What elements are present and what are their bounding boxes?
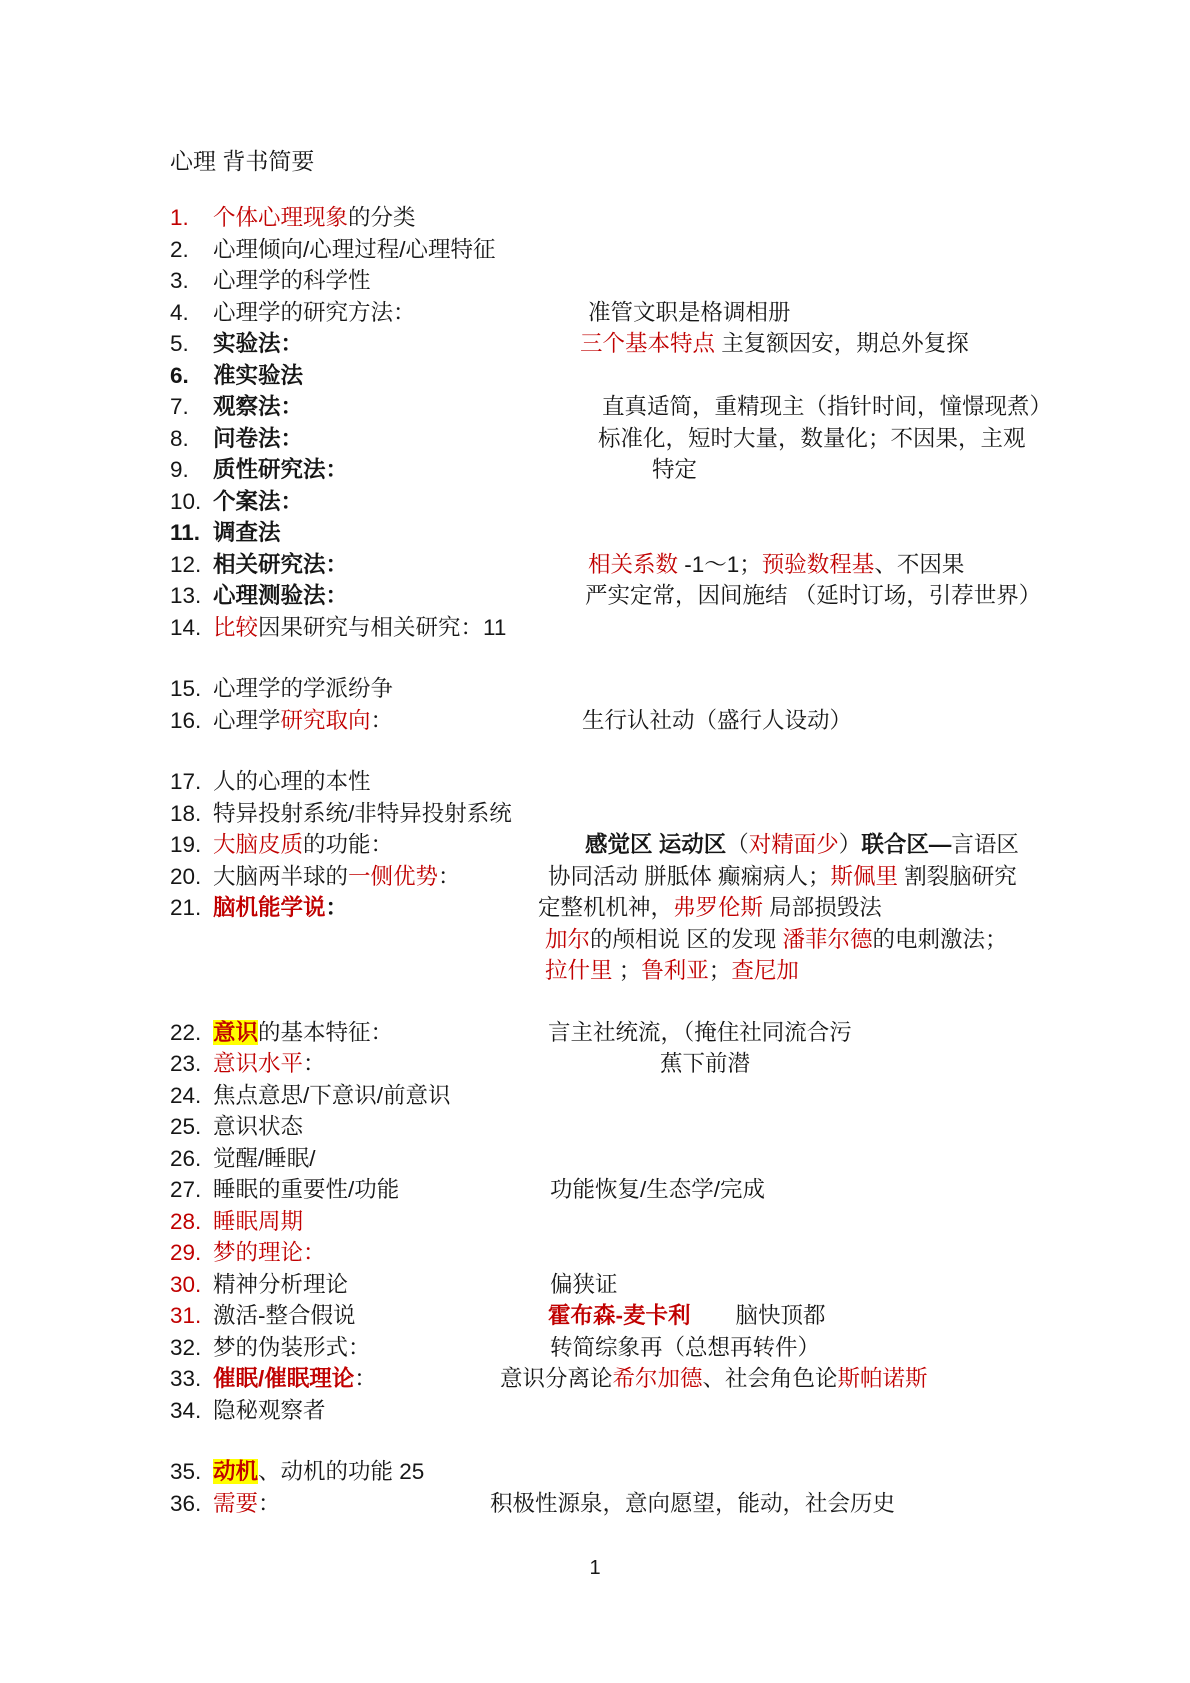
text-run: ） bbox=[839, 832, 862, 857]
item-number: 22. bbox=[170, 1017, 201, 1049]
list-item: 5.实验法：三个基本特点 主复额因安，期总外复探 bbox=[0, 328, 1190, 360]
item-mnemonic: 生行认社动（盛行人设动） bbox=[582, 705, 852, 737]
list-item: 29.梦的理论： bbox=[0, 1237, 1190, 1269]
item-mnemonic: 特定 bbox=[652, 454, 697, 486]
text-run: 加尔 bbox=[545, 927, 590, 952]
list-item: 14.比较因果研究与相关研究：11 bbox=[0, 612, 1190, 644]
item-term: 觉醒/睡眠/ bbox=[213, 1143, 316, 1175]
item-term: 人的心理的本性 bbox=[213, 766, 371, 798]
text-run: 言语区 bbox=[951, 832, 1019, 857]
list-item: 26.觉醒/睡眠/ bbox=[0, 1143, 1190, 1175]
item-term: 特异投射系统/非特异投射系统 bbox=[213, 798, 512, 830]
list-item: 22.意识的基本特征：言主社统流，（掩住社同流合污 bbox=[0, 1017, 1190, 1049]
item-term: 比较因果研究与相关研究：11 bbox=[213, 612, 506, 644]
text-run: 心理学的科学性 bbox=[213, 268, 371, 293]
text-run: 斯佩里 bbox=[831, 864, 899, 889]
text-run: 割裂脑研究 bbox=[898, 864, 1017, 889]
item-term: 睡眠的重要性/功能 bbox=[213, 1174, 399, 1206]
item-number: 21. bbox=[170, 892, 201, 924]
item-term: 催眠/催眠理论： bbox=[213, 1363, 377, 1395]
item-number: 7. bbox=[170, 391, 189, 423]
text-run: 心理学的研究方法： bbox=[213, 300, 416, 325]
list-item: 27.睡眠的重要性/功能功能恢复/生态学/完成 bbox=[0, 1174, 1190, 1206]
item-term: 心理学的学派纷争 bbox=[213, 673, 393, 705]
list-item: 2.心理倾向/心理过程/心理特征 bbox=[0, 234, 1190, 266]
item-term: 准实验法 bbox=[213, 360, 303, 392]
text-run: 催眠/催眠理论 bbox=[213, 1366, 354, 1391]
list-item: 3.心理学的科学性 bbox=[0, 265, 1190, 297]
text-run: 联合区— bbox=[861, 832, 951, 857]
text-run: 斯帕诺斯 bbox=[838, 1366, 928, 1391]
text-run: 鲁利亚 bbox=[641, 958, 709, 983]
item-term: 焦点意思/下意识/前意识 bbox=[213, 1080, 451, 1112]
item-number: 33. bbox=[170, 1363, 201, 1395]
item-term: 个体心理现象的分类 bbox=[213, 202, 416, 234]
item-term: 实验法： bbox=[213, 328, 303, 360]
item-number: 28. bbox=[170, 1206, 201, 1238]
item-term: 心理学研究取向： bbox=[213, 705, 393, 737]
item-mnemonic: 感觉区 运动区（对精面少）联合区—言语区 bbox=[585, 829, 1019, 861]
item-term: 激活-整合假说 bbox=[213, 1300, 356, 1332]
list-item: 34.隐秘观察者 bbox=[0, 1395, 1190, 1427]
item-number: 25. bbox=[170, 1111, 201, 1143]
text-run: 严实定常，因间施结 （延时订场，引荐世界） bbox=[585, 583, 1041, 608]
item-mnemonic: 拉什里 ；鲁利亚；查尼加 bbox=[545, 955, 799, 987]
item-number: 36. bbox=[170, 1488, 201, 1520]
list-item: 25.意识状态 bbox=[0, 1111, 1190, 1143]
item-mnemonic: 言主社统流，（掩住社同流合污 bbox=[548, 1017, 852, 1049]
text-run: 梦的伪装形式： bbox=[213, 1335, 371, 1360]
item-number: 10. bbox=[170, 486, 201, 518]
item-term: 质性研究法： bbox=[213, 454, 348, 486]
text-run: 焦点意思/下意识/前意识 bbox=[213, 1083, 451, 1108]
text-run: 拉什里 bbox=[545, 958, 613, 983]
list-item: 21.脑机能学说：定整机机神，弗罗伦斯 局部损毁法 bbox=[0, 892, 1190, 924]
list-item: 8.问卷法：标准化，短时大量，数量化；不因果，主观 bbox=[0, 423, 1190, 455]
item-term: 个案法： bbox=[213, 486, 303, 518]
text-run: 隐秘观察者 bbox=[213, 1398, 326, 1423]
list-item: 17.人的心理的本性 bbox=[0, 766, 1190, 798]
item-term: 问卷法： bbox=[213, 423, 303, 455]
list-item: 20.大脑两半球的一侧优势：协同活动 胼胝体 癫痫病人；斯佩里 割裂脑研究 bbox=[0, 861, 1190, 893]
text-run: 动机 bbox=[213, 1459, 258, 1484]
list-item: 拉什里 ；鲁利亚；查尼加 bbox=[0, 955, 1190, 987]
text-run: 相关系数 bbox=[588, 552, 678, 577]
list-item: 18.特异投射系统/非特异投射系统 bbox=[0, 798, 1190, 830]
item-term: 心理学的科学性 bbox=[213, 265, 371, 297]
outline-list: 1.个体心理现象的分类2.心理倾向/心理过程/心理特征3.心理学的科学性4.心理… bbox=[0, 202, 1190, 1519]
text-run: -1～1； bbox=[678, 552, 762, 577]
list-item: 23.意识水平：蕉下前潜 bbox=[0, 1048, 1190, 1080]
text-run: 意识 bbox=[213, 1020, 258, 1045]
text-run: ； bbox=[613, 958, 642, 983]
text-run: 脑机能学说 bbox=[213, 895, 326, 920]
text-run: 希尔加德 bbox=[613, 1366, 703, 1391]
text-run: 一侧优势 bbox=[348, 864, 438, 889]
item-number: 35. bbox=[170, 1456, 201, 1488]
text-run: 准实验法 bbox=[213, 363, 303, 388]
item-number: 3. bbox=[170, 265, 189, 297]
item-number: 30. bbox=[170, 1269, 201, 1301]
item-mnemonic: 协同活动 胼胝体 癫痫病人；斯佩里 割裂脑研究 bbox=[548, 861, 1017, 893]
text-run: 研究取向 bbox=[281, 708, 371, 733]
text-run: 功能恢复/生态学/完成 bbox=[550, 1177, 765, 1202]
text-run: 个体心理现象 bbox=[213, 205, 348, 230]
item-term: 睡眠周期 bbox=[213, 1206, 303, 1238]
text-run: ： bbox=[258, 1491, 281, 1516]
list-item: 31.激活-整合假说霍布森-麦卡利 脑快顶都 bbox=[0, 1300, 1190, 1332]
text-run: ； bbox=[709, 958, 732, 983]
text-run: 准管文职是格调相册 bbox=[588, 300, 791, 325]
list-item: 28.睡眠周期 bbox=[0, 1206, 1190, 1238]
item-term: 意识状态 bbox=[213, 1111, 303, 1143]
text-run: 转简综象再（总想再转件） bbox=[550, 1335, 820, 1360]
item-number: 8. bbox=[170, 423, 189, 455]
text-run: 、不因果 bbox=[874, 552, 964, 577]
item-number: 17. bbox=[170, 766, 201, 798]
item-number: 9. bbox=[170, 454, 189, 486]
item-number: 34. bbox=[170, 1395, 201, 1427]
item-term: 梦的理论： bbox=[213, 1237, 326, 1269]
list-item: 10.个案法： bbox=[0, 486, 1190, 518]
item-mnemonic: 功能恢复/生态学/完成 bbox=[550, 1174, 765, 1206]
item-term: 动机、动机的功能 25 bbox=[213, 1456, 424, 1488]
page-number: 1 bbox=[0, 1554, 1190, 1582]
text-run: 脑快顶都 bbox=[691, 1303, 826, 1328]
item-term: 相关研究法： bbox=[213, 549, 348, 581]
item-number: 24. bbox=[170, 1080, 201, 1112]
item-number: 5. bbox=[170, 328, 189, 360]
item-number: 27. bbox=[170, 1174, 201, 1206]
list-item: 4.心理学的研究方法：准管文职是格调相册 bbox=[0, 297, 1190, 329]
list-item: 7.观察法：直真适简，重精现主（指针时间，憧憬现煮） bbox=[0, 391, 1190, 423]
item-number: 32. bbox=[170, 1332, 201, 1364]
item-number: 11. bbox=[170, 517, 200, 549]
text-run: 对精面少 bbox=[749, 832, 839, 857]
text-run: 主复额因安，期总外复探 bbox=[715, 331, 969, 356]
item-term: 隐秘观察者 bbox=[213, 1395, 326, 1427]
text-run: ： bbox=[303, 1051, 326, 1076]
item-mnemonic: 准管文职是格调相册 bbox=[588, 297, 791, 329]
item-number: 4. bbox=[170, 297, 189, 329]
item-number: 26. bbox=[170, 1143, 201, 1175]
item-number: 16. bbox=[170, 705, 201, 737]
text-run: 的分类 bbox=[348, 205, 416, 230]
text-run: 质性研究法： bbox=[213, 457, 348, 482]
text-run: 的电刺激法； bbox=[873, 927, 1008, 952]
list-item: 30.精神分析理论偏狭证 bbox=[0, 1269, 1190, 1301]
item-number: 19. bbox=[170, 829, 201, 861]
list-item: 6.准实验法 bbox=[0, 360, 1190, 392]
item-term: 意识水平： bbox=[213, 1048, 326, 1080]
text-run: 的功能： bbox=[303, 832, 393, 857]
text-run: 睡眠的重要性/功能 bbox=[213, 1177, 399, 1202]
text-run: 的颅相说 区的发现 bbox=[590, 927, 783, 952]
text-run: 潘菲尔德 bbox=[783, 927, 873, 952]
text-run: 局部损毁法 bbox=[763, 895, 882, 920]
item-mnemonic: 积极性源泉，意向愿望，能动，社会历史 bbox=[490, 1488, 895, 1520]
item-term: 需要： bbox=[213, 1488, 281, 1520]
text-run: ： bbox=[438, 864, 461, 889]
item-mnemonic: 直真适简，重精现主（指针时间，憧憬现煮） bbox=[602, 391, 1052, 423]
text-run: 睡眠周期 bbox=[213, 1209, 303, 1234]
list-item: 13.心理测验法：严实定常，因间施结 （延时订场，引荐世界） bbox=[0, 580, 1190, 612]
list-item: 35.动机、动机的功能 25 bbox=[0, 1456, 1190, 1488]
text-run: 大脑两半球的 bbox=[213, 864, 348, 889]
text-run: 梦的理论： bbox=[213, 1240, 326, 1265]
text-run: 觉醒/睡眠/ bbox=[213, 1146, 316, 1171]
item-number: 6. bbox=[170, 360, 189, 392]
text-run: 预验数程基 bbox=[762, 552, 875, 577]
list-item: 24.焦点意思/下意识/前意识 bbox=[0, 1080, 1190, 1112]
list-item: 加尔的颅相说 区的发现 潘菲尔德的电刺激法； bbox=[0, 924, 1190, 956]
text-run: 协同活动 胼胝体 癫痫病人； bbox=[548, 864, 831, 889]
text-run: 定整机机神， bbox=[538, 895, 673, 920]
text-run: ： bbox=[371, 708, 394, 733]
text-run: ： bbox=[326, 895, 349, 920]
item-mnemonic: 定整机机神，弗罗伦斯 局部损毁法 bbox=[538, 892, 882, 924]
item-number: 13. bbox=[170, 580, 201, 612]
text-run: 生行认社动（盛行人设动） bbox=[582, 708, 852, 733]
list-item: 33.催眠/催眠理论：意识分离论希尔加德、社会角色论斯帕诺斯 bbox=[0, 1363, 1190, 1395]
list-item: 12.相关研究法：相关系数 -1～1；预验数程基、不因果 bbox=[0, 549, 1190, 581]
item-mnemonic: 标准化，短时大量，数量化；不因果，主观 bbox=[598, 423, 1026, 455]
text-run: 心理学的学派纷争 bbox=[213, 676, 393, 701]
text-run: 蕉下前潜 bbox=[660, 1051, 750, 1076]
text-run: 积极性源泉，意向愿望，能动，社会历史 bbox=[490, 1491, 895, 1516]
list-item: 9.质性研究法：特定 bbox=[0, 454, 1190, 486]
item-mnemonic: 相关系数 -1～1；预验数程基、不因果 bbox=[588, 549, 964, 581]
text-run: 心理测验法： bbox=[213, 583, 348, 608]
item-number: 12. bbox=[170, 549, 201, 581]
list-item: 1.个体心理现象的分类 bbox=[0, 202, 1190, 234]
text-run: 心理倾向/心理过程/心理特征 bbox=[213, 237, 496, 262]
text-run: 个案法： bbox=[213, 489, 303, 514]
item-mnemonic: 加尔的颅相说 区的发现 潘菲尔德的电刺激法； bbox=[545, 924, 1008, 956]
text-run: 偏狭证 bbox=[550, 1272, 618, 1297]
text-run: 查尼加 bbox=[731, 958, 799, 983]
text-run: 意识水平 bbox=[213, 1051, 303, 1076]
text-run: 精神分析理论 bbox=[213, 1272, 348, 1297]
text-run: 意识分离论 bbox=[500, 1366, 613, 1391]
list-item: 15.心理学的学派纷争 bbox=[0, 673, 1190, 705]
text-run: 感觉区 运动区 bbox=[585, 832, 726, 857]
text-run: 、动机的功能 25 bbox=[258, 1459, 424, 1484]
text-run: ： bbox=[354, 1366, 377, 1391]
item-mnemonic: 霍布森-麦卡利 脑快顶都 bbox=[548, 1300, 826, 1332]
text-run: 直真适简，重精现主（指针时间，憧憬现煮） bbox=[602, 394, 1052, 419]
text-run: 问卷法： bbox=[213, 426, 303, 451]
list-item: 36.需要：积极性源泉，意向愿望，能动，社会历史 bbox=[0, 1488, 1190, 1520]
item-mnemonic: 意识分离论希尔加德、社会角色论斯帕诺斯 bbox=[500, 1363, 928, 1395]
text-run: 的基本特征： bbox=[258, 1020, 393, 1045]
item-number: 14. bbox=[170, 612, 201, 644]
item-term: 心理倾向/心理过程/心理特征 bbox=[213, 234, 496, 266]
text-run: 心理学 bbox=[213, 708, 281, 733]
text-run: 实验法： bbox=[213, 331, 303, 356]
item-term: 意识的基本特征： bbox=[213, 1017, 393, 1049]
item-number: 29. bbox=[170, 1237, 201, 1269]
text-run: 调查法 bbox=[213, 520, 281, 545]
document-page: 心理 背书简要 1.个体心理现象的分类2.心理倾向/心理过程/心理特征3.心理学… bbox=[0, 0, 1190, 1683]
text-run: 言主社统流，（掩住社同流合污 bbox=[548, 1020, 852, 1045]
item-number: 15. bbox=[170, 673, 201, 705]
text-run: 弗罗伦斯 bbox=[673, 895, 763, 920]
text-run: 特异投射系统/非特异投射系统 bbox=[213, 801, 512, 826]
item-term: 心理学的研究方法： bbox=[213, 297, 416, 329]
list-item: 11.调查法 bbox=[0, 517, 1190, 549]
item-term: 大脑两半球的一侧优势： bbox=[213, 861, 461, 893]
item-term: 梦的伪装形式： bbox=[213, 1332, 371, 1364]
text-run: 因果研究与相关研究：11 bbox=[258, 615, 506, 640]
item-mnemonic: 转简综象再（总想再转件） bbox=[550, 1332, 820, 1364]
text-run: 相关研究法： bbox=[213, 552, 348, 577]
text-run: （ bbox=[726, 832, 749, 857]
item-number: 1. bbox=[170, 202, 189, 234]
text-run: 特定 bbox=[652, 457, 697, 482]
list-item: 32.梦的伪装形式：转简综象再（总想再转件） bbox=[0, 1332, 1190, 1364]
text-run: 人的心理的本性 bbox=[213, 769, 371, 794]
item-mnemonic: 三个基本特点 主复额因安，期总外复探 bbox=[580, 328, 969, 360]
item-term: 调查法 bbox=[213, 517, 281, 549]
text-run: 大脑皮质 bbox=[213, 832, 303, 857]
text-run: 需要 bbox=[213, 1491, 258, 1516]
item-term: 脑机能学说： bbox=[213, 892, 348, 924]
item-mnemonic: 蕉下前潜 bbox=[660, 1048, 750, 1080]
text-run: 意识状态 bbox=[213, 1114, 303, 1139]
text-run: 激活-整合假说 bbox=[213, 1303, 356, 1328]
text-run: 霍布森-麦卡利 bbox=[548, 1303, 691, 1328]
item-mnemonic: 偏狭证 bbox=[550, 1269, 618, 1301]
item-number: 2. bbox=[170, 234, 189, 266]
item-number: 31. bbox=[170, 1300, 201, 1332]
item-number: 23. bbox=[170, 1048, 201, 1080]
text-run: 观察法： bbox=[213, 394, 303, 419]
item-number: 20. bbox=[170, 861, 201, 893]
text-run: 、社会角色论 bbox=[703, 1366, 838, 1391]
text-run: 三个基本特点 bbox=[580, 331, 715, 356]
list-item: 19.大脑皮质的功能：感觉区 运动区（对精面少）联合区—言语区 bbox=[0, 829, 1190, 861]
list-item: 16.心理学研究取向：生行认社动（盛行人设动） bbox=[0, 705, 1190, 737]
item-term: 大脑皮质的功能： bbox=[213, 829, 393, 861]
item-term: 观察法： bbox=[213, 391, 303, 423]
item-mnemonic: 严实定常，因间施结 （延时订场，引荐世界） bbox=[585, 580, 1041, 612]
item-number: 18. bbox=[170, 798, 201, 830]
text-run: 比较 bbox=[213, 615, 258, 640]
text-run: 标准化，短时大量，数量化；不因果，主观 bbox=[598, 426, 1026, 451]
item-term: 精神分析理论 bbox=[213, 1269, 348, 1301]
item-term: 心理测验法： bbox=[213, 580, 348, 612]
page-title: 心理 背书简要 bbox=[170, 146, 314, 177]
